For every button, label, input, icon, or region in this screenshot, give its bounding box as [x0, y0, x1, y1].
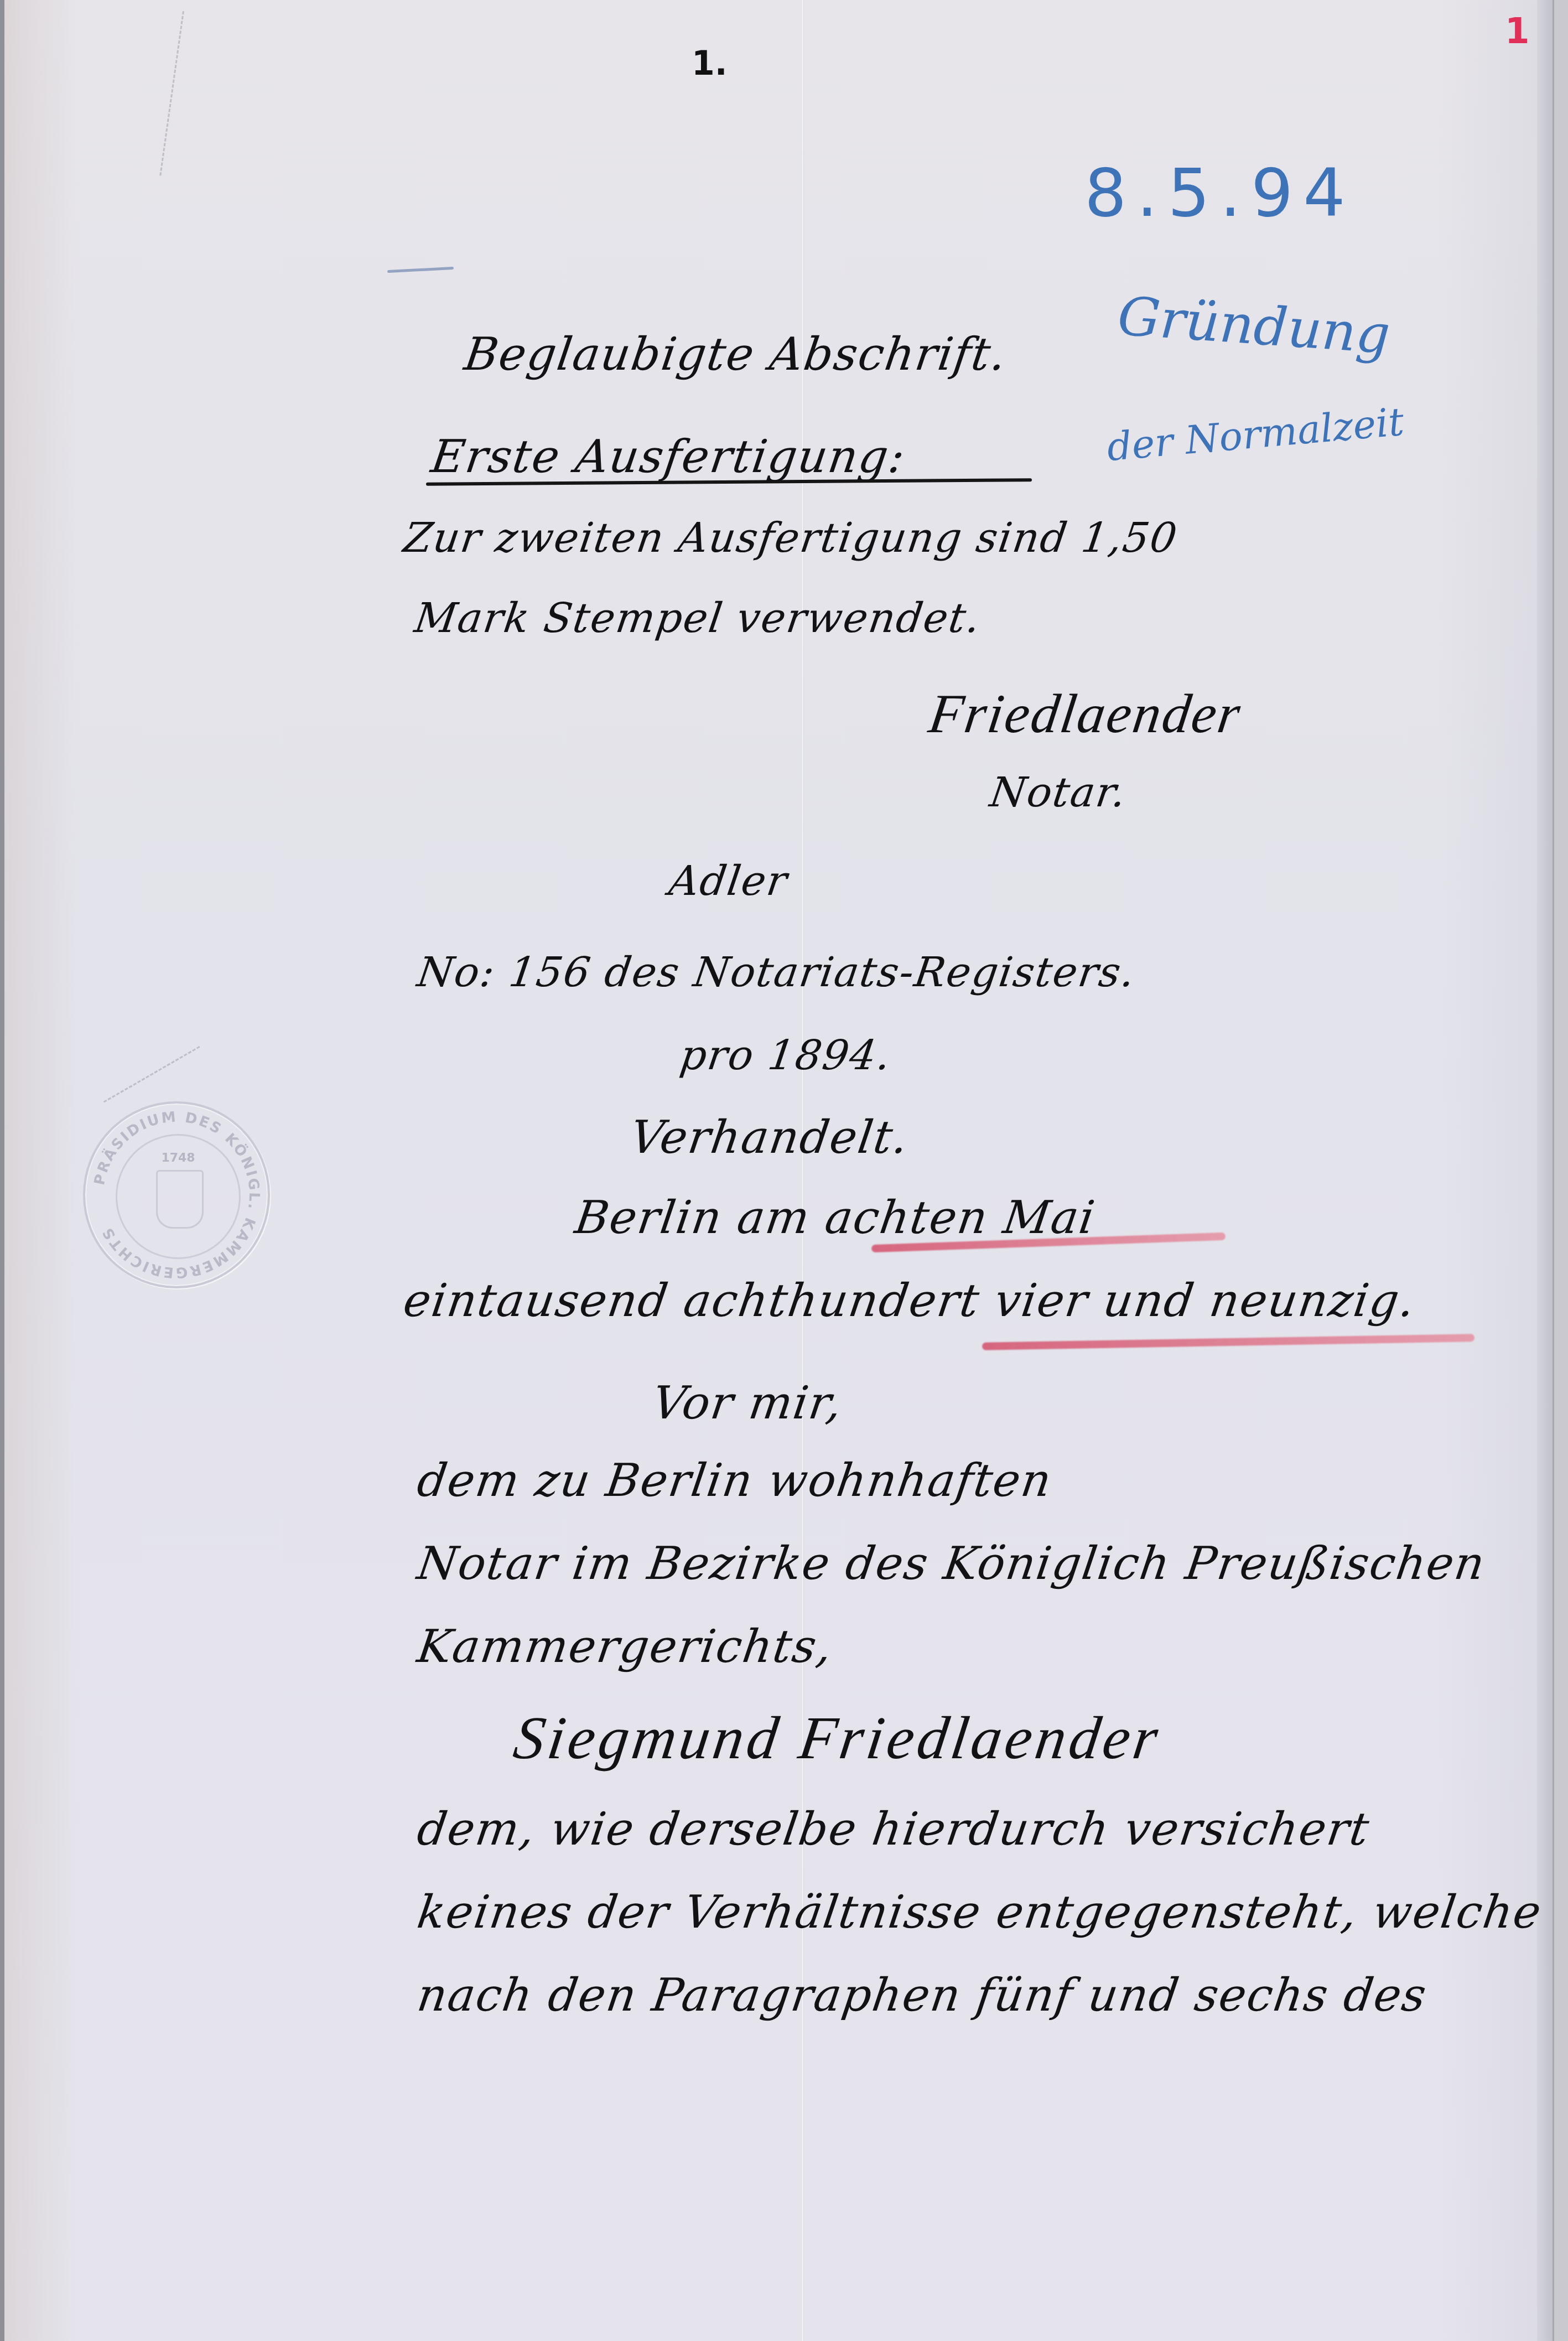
coat-of-arms-icon: [156, 1170, 204, 1229]
header-first-issue: Erste Ausfertigung:: [428, 434, 908, 480]
document-page: 1. 1 8.5.94 Gründung der Normalzeit Begl…: [0, 0, 1554, 2341]
notary-title: Notar.: [988, 772, 1129, 813]
stamp-note-line1: Zur zweiten Ausfertigung sind 1,50: [401, 517, 1180, 558]
registry-number: No: 156 des Notariats-Registers.: [415, 952, 1139, 993]
year-prefix: eintausend achthundert: [400, 1275, 999, 1327]
body-line-assurance: dem, wie derselbe hierdurch versichert: [414, 1807, 1372, 1852]
body-line-circumstances: keines der Verhältnisse entgegensteht, w…: [414, 1890, 1545, 1935]
body-line-paragraphs: nach den Paragraphen fünf und sechs des: [414, 1973, 1430, 2018]
registry-clerk-name: Adler: [667, 861, 791, 902]
place-date-line2: eintausend achthundert vier und neunzig.: [401, 1278, 1418, 1324]
body-line-court: Kammergerichts,: [414, 1624, 835, 1670]
red-underline-year: [982, 1334, 1474, 1350]
paper-crease: [159, 11, 184, 175]
paper-crease: [103, 1046, 200, 1103]
place-date-line1: Berlin am achten Mai: [572, 1195, 1098, 1241]
archive-date-annotation: 8.5.94: [1084, 160, 1356, 227]
seal-center: 1748: [116, 1134, 241, 1259]
top-mark: 1.: [692, 44, 728, 83]
body-line-resident: dem zu Berlin wohnhaften: [414, 1458, 1055, 1504]
body-line-before-me: Vor mir,: [650, 1381, 845, 1426]
embossed-seal: PRÄSIDIUM DES KÖNIGL. KAMMERGERICHTS 174…: [83, 1101, 270, 1288]
year-words: vier und neunzig: [991, 1275, 1404, 1327]
header-certified-copy: Beglaubigte Abschrift.: [461, 332, 1010, 377]
stamp-note-line2: Mark Stempel verwendet.: [412, 598, 984, 639]
blue-pencil-stroke: [387, 267, 454, 273]
archive-note-line1: Gründung: [1116, 289, 1392, 361]
notary-signature: Friedlaender: [926, 686, 1245, 742]
place-date-prefix: Berlin am: [572, 1192, 829, 1244]
notary-full-name: Siegmund Friedlaender: [510, 1707, 1165, 1768]
page-number: 1: [1505, 11, 1530, 52]
page-right-edge: [1537, 0, 1553, 2341]
page-left-edge: [0, 0, 4, 2341]
archive-note-line2: der Normalzeit: [1105, 402, 1405, 467]
seal-year: 1748: [117, 1151, 239, 1165]
place-date-day-month: achten Mai: [822, 1192, 1098, 1244]
registry-year: pro 1894.: [678, 1035, 894, 1076]
deed-heading: Verhandelt.: [627, 1115, 912, 1161]
body-line-district: Notar im Bezirke des Königlich Preußisch…: [414, 1541, 1488, 1587]
